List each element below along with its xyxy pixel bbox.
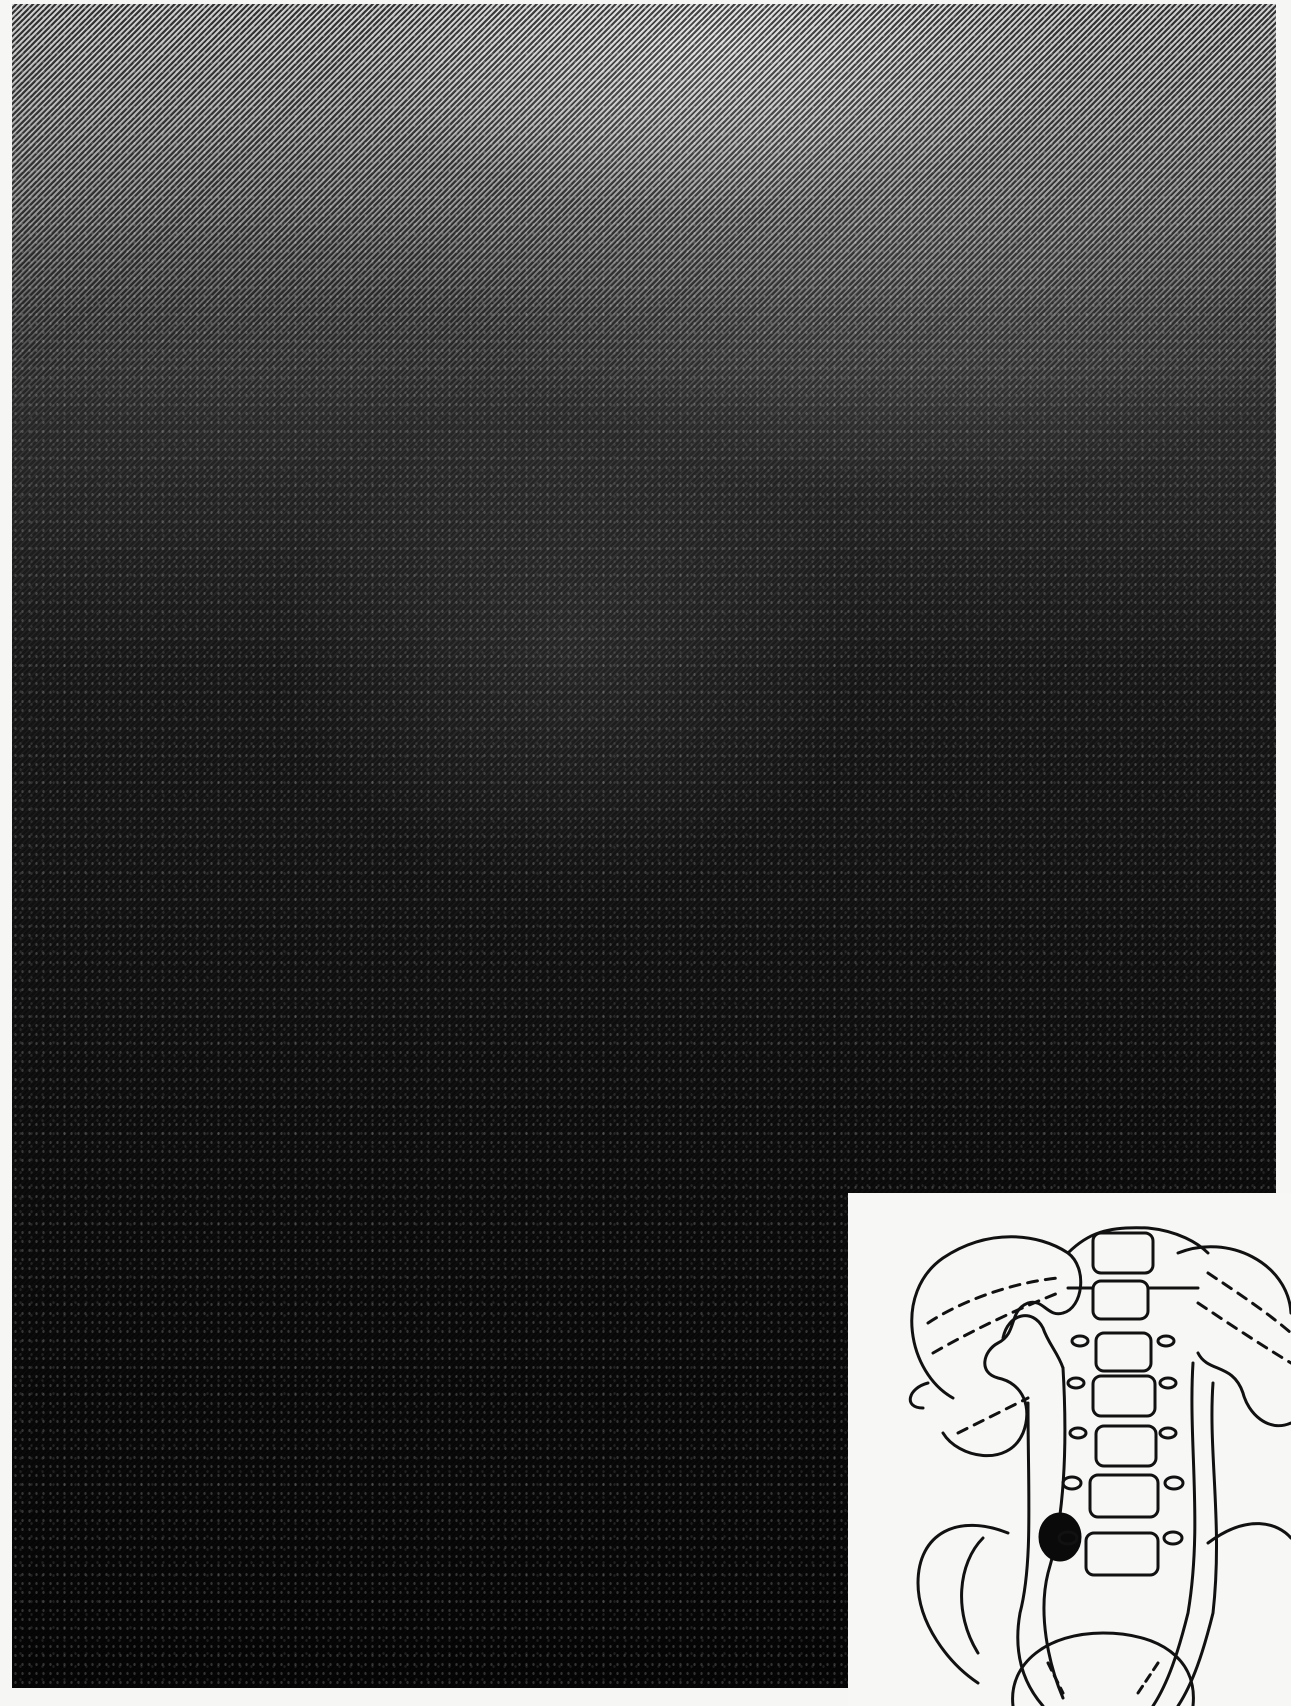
kidney-left: [912, 1237, 1081, 1456]
pelvis-left-inner: [962, 1538, 983, 1653]
ureter-left: [1018, 1403, 1043, 1706]
anatomy-inset-diagram: [848, 1193, 1291, 1706]
urinary-tract-diagram: [848, 1193, 1291, 1706]
bladder-dash-right: [1138, 1663, 1158, 1693]
scanned-page: [0, 0, 1291, 1706]
bladder: [1013, 1633, 1194, 1706]
bladder-dash-left: [1048, 1663, 1063, 1693]
kidney-left-lobe: [910, 1383, 928, 1408]
kidney-right: [1178, 1247, 1291, 1426]
dashed-left-3: [958, 1398, 1028, 1433]
dashed-right-1: [1208, 1273, 1291, 1333]
dashed-right-2: [1198, 1303, 1291, 1363]
pelvis-right: [1208, 1524, 1291, 1543]
ureter-right-inner: [1178, 1383, 1217, 1706]
